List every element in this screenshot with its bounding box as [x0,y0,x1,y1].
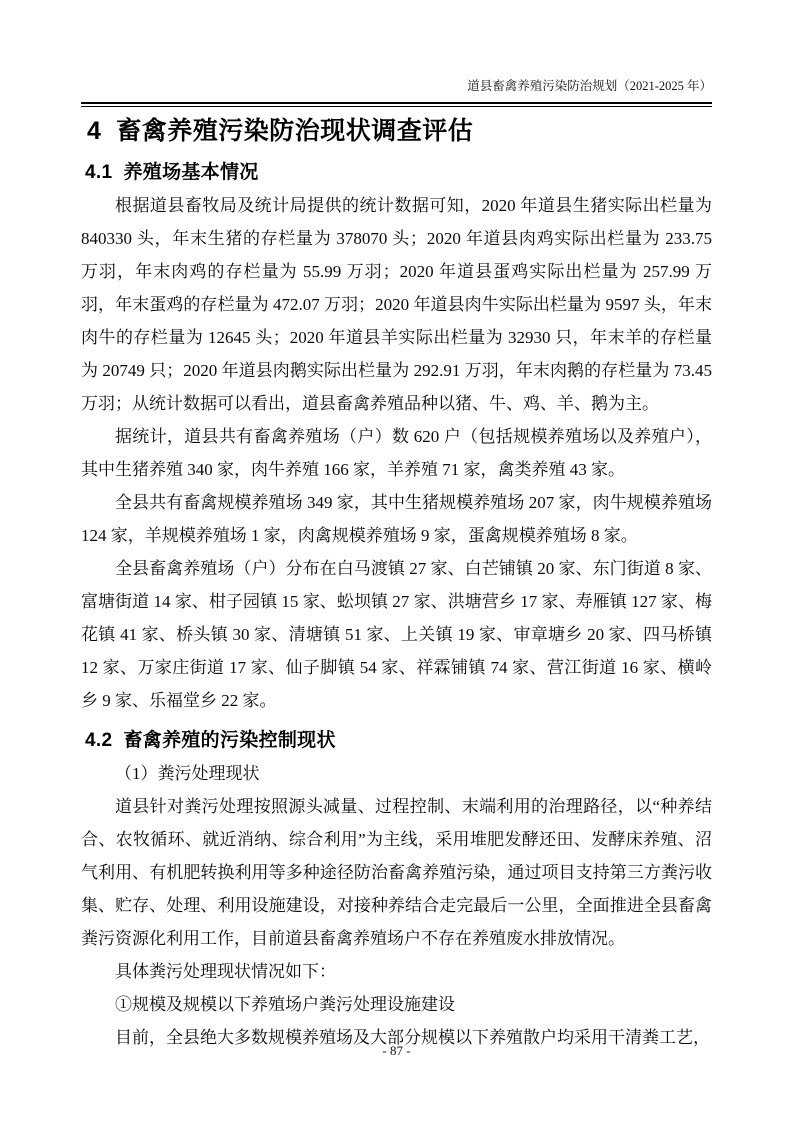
paragraph-manure-status-label: （1）粪污处理现状 [81,757,712,790]
running-header-title: 道县畜禽养殖污染防治规划（2021-2025 年） [81,78,712,94]
section-heading-4-2: 4.2 畜禽养殖的污染控制现状 [85,727,712,755]
paragraph-item-1-facility-construction: ①规模及规模以下养殖场户粪污处理设施建设 [81,988,712,1021]
document-page: 道县畜禽养殖污染防治规划（2021-2025 年） 4 畜禽养殖污染防治现状调查… [0,0,793,1122]
header-double-rule [81,102,712,107]
paragraph-livestock-statistics: 根据道县畜牧局及统计局提供的统计数据可知，2020 年道县生猪实际出栏量为 84… [81,189,712,420]
paragraph-manure-treatment-approach: 道县针对粪污处理按照源头减量、过程控制、末端利用的治理路径，以“种养结合、农牧循… [81,790,712,955]
page-number: - 87 - [0,1043,793,1059]
paragraph-status-intro: 具体粪污处理现状情况如下： [81,955,712,988]
running-header: 道县畜禽养殖污染防治规划（2021-2025 年） [81,78,712,107]
chapter-heading: 4 畜禽养殖污染防治现状调查评估 [87,113,712,149]
paragraph-scale-farm-counts: 全县共有畜禽规模养殖场 349 家，其中生猪规模养殖场 207 家，肉牛规模养殖… [81,486,712,552]
paragraph-farm-household-counts: 据统计，道县共有畜禽养殖场（户）数 620 户（包括规模养殖场以及养殖户），其中… [81,420,712,486]
paragraph-town-distribution: 全县畜禽养殖场（户）分布在白马渡镇 27 家、白芒铺镇 20 家、东门街道 8 … [81,552,712,717]
section-heading-4-1: 4.1 养殖场基本情况 [85,159,712,187]
